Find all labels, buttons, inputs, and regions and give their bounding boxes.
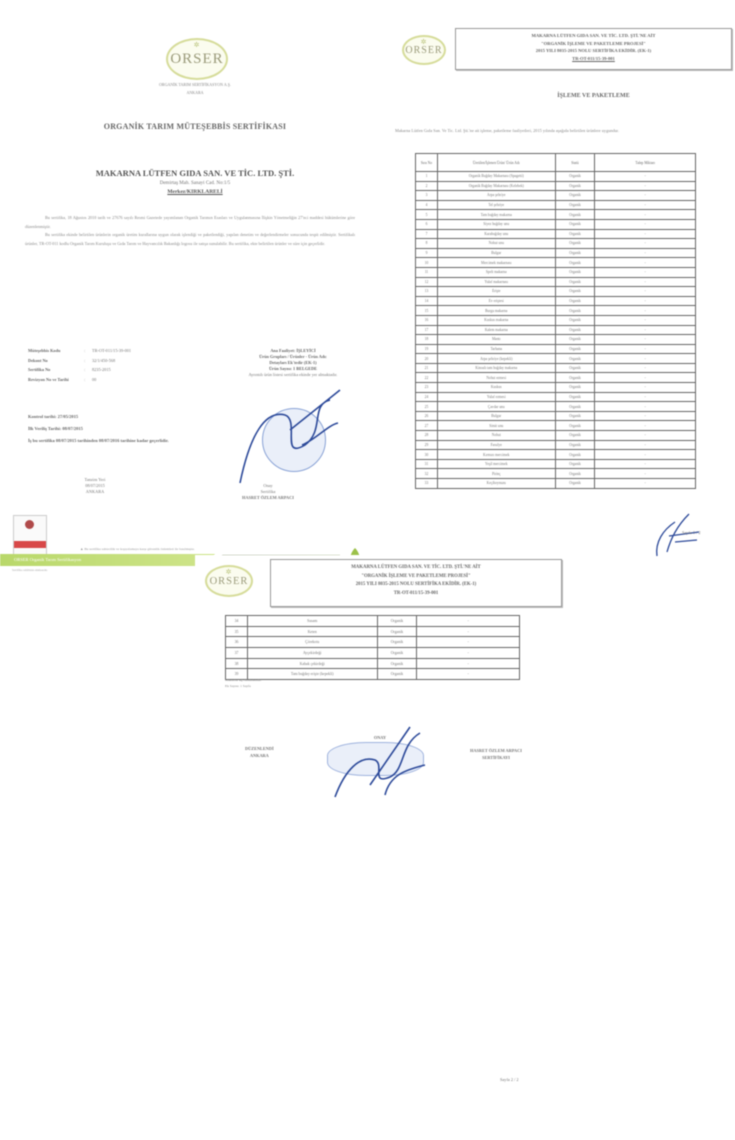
requested-quantity: - xyxy=(417,616,520,627)
product-name: Çavdar unu xyxy=(437,402,555,412)
table-row: 30Kırmızı mercimekOrganik- xyxy=(416,450,696,460)
body-paragraph: Bu sertifika ekinde belirtilen ürünlerin… xyxy=(25,231,355,248)
product-name: Arpa şehriye xyxy=(437,191,555,201)
product-name: Çörekotu xyxy=(247,637,377,648)
product-name: Yeşil mercimek xyxy=(437,459,555,469)
requested-quantity: - xyxy=(595,344,696,354)
table-row: 33KeçiboynuzuOrganik- xyxy=(416,479,696,489)
certificate-fields: Müteşebbis Kodu:TR-OT-011/15-39-001 Deko… xyxy=(28,348,178,386)
product-status: Organik xyxy=(377,616,417,627)
product-name: Organik Buğday Makarnası (Spagetti) xyxy=(437,172,555,182)
table-header-row: Sıra No Üretilen/İşlenen Ürün/ Ürün Adı … xyxy=(416,154,696,172)
product-status: Organik xyxy=(555,248,595,258)
product-name: Tam buğday erişte (kepekli) xyxy=(247,669,377,680)
field-row: Sertifika No:8235-2015 xyxy=(28,367,178,377)
signature-icon xyxy=(330,725,430,800)
row-number: 13 xyxy=(416,287,438,297)
product-status: Organik xyxy=(555,411,595,421)
company-name: MAKARNA LÜTFEN GIDA SAN. VE TİC. LTD. ŞT… xyxy=(30,168,360,178)
product-status: Organik xyxy=(555,431,595,441)
requested-quantity: - xyxy=(595,219,696,229)
requested-quantity: - xyxy=(595,181,696,191)
table-row: 24Yulaf ezmesiOrganik- xyxy=(416,392,696,402)
requested-quantity: - xyxy=(595,287,696,297)
annex-header-box: MAKARNA LÜTFEN GIDA SAN. VE TİC. LTD. ŞT… xyxy=(270,559,562,607)
orser-logo: ✲ ORSER xyxy=(166,38,228,80)
table-row: 5Tam buğday makarnaOrganik- xyxy=(416,210,696,220)
table-row: 35KetenOrganik- xyxy=(226,626,520,637)
requested-quantity: - xyxy=(417,669,520,680)
requested-quantity: - xyxy=(595,440,696,450)
requested-quantity: - xyxy=(595,421,696,431)
requested-quantity: - xyxy=(595,450,696,460)
product-name: Kalem makarna xyxy=(437,325,555,335)
first-issue-date: İlk Veriliş Tarihi: 08/07/2015 xyxy=(28,423,228,435)
row-number: 34 xyxy=(226,616,248,627)
requested-quantity: - xyxy=(595,296,696,306)
row-number: 24 xyxy=(416,392,438,402)
product-status: Organik xyxy=(555,210,595,220)
row-number: 23 xyxy=(416,383,438,393)
table-row: 8Nohut unuOrganik- xyxy=(416,239,696,249)
row-number: 8 xyxy=(416,239,438,249)
row-number: 9 xyxy=(416,248,438,258)
row-number: 33 xyxy=(416,479,438,489)
product-name: Kırmızı mercimek xyxy=(437,450,555,460)
row-number: 4 xyxy=(416,200,438,210)
col-header-quantity: Talep Miktarı xyxy=(595,154,696,172)
row-number: 3 xyxy=(416,191,438,201)
product-status: Organik xyxy=(555,229,595,239)
orser-logo: ✲ ORSER xyxy=(402,35,446,65)
table-row: 29FasulyeOrganik- xyxy=(416,440,696,450)
row-number: 20 xyxy=(416,354,438,364)
copy-note: Sertifika sahibinin nüshasıdır. xyxy=(12,568,48,572)
row-number: 7 xyxy=(416,229,438,239)
row-number: 27 xyxy=(416,421,438,431)
requested-quantity: - xyxy=(595,325,696,335)
product-name: Keten xyxy=(247,626,377,637)
product-status: Organik xyxy=(555,306,595,316)
product-name: Ayçekirdeği xyxy=(247,648,377,659)
requested-quantity: - xyxy=(595,191,696,201)
row-number: 26 xyxy=(416,411,438,421)
product-name: Kuskus makarna xyxy=(437,315,555,325)
product-name: Yulaf ezmesi xyxy=(437,392,555,402)
product-name: Susam xyxy=(247,616,377,627)
product-status: Organik xyxy=(555,181,595,191)
product-name: Kuskus xyxy=(437,383,555,393)
row-number: 22 xyxy=(416,373,438,383)
control-date: Kontrol tarihi: 27/05/2015 xyxy=(28,411,228,423)
annex-footnote: Miktarlar kg cinsindendir. Ek Sayısı: 1 … xyxy=(225,678,261,689)
product-table: Sıra No Üretilen/İşlenen Ürün/ Ürün Adı … xyxy=(415,153,696,489)
annex-header-box: MAKARNA LÜTFEN GIDA SAN. VE TİC. LTD. ŞT… xyxy=(455,28,732,70)
requested-quantity: - xyxy=(595,210,696,220)
product-status: Organik xyxy=(555,172,595,182)
security-warning: ▲ Bu sertifika sahtecilik ve kopyalamaya… xyxy=(80,547,310,551)
product-name: Tel şehriye xyxy=(437,200,555,210)
field-row: Dekont No:32/1/450-568 xyxy=(28,358,178,368)
product-name: Nohut ezmesi xyxy=(437,373,555,383)
table-row: 4Tel şehriyeOrganik- xyxy=(416,200,696,210)
col-header-no: Sıra No xyxy=(416,154,438,172)
product-name: Nohut xyxy=(437,431,555,441)
product-status: Organik xyxy=(555,479,595,489)
product-status: Organik xyxy=(555,267,595,277)
requested-quantity: - xyxy=(595,469,696,479)
table-row: 9BulgurOrganik- xyxy=(416,248,696,258)
table-row: 34SusamOrganik- xyxy=(226,616,520,627)
page-number: Sayfa 2 / 2 xyxy=(500,1077,519,1082)
row-number: 21 xyxy=(416,363,438,373)
section-title: İŞLEME VE PAKETLEME xyxy=(455,93,732,99)
product-name: Burgu makarna xyxy=(437,306,555,316)
product-status: Organik xyxy=(555,363,595,373)
product-status: Organik xyxy=(555,354,595,364)
product-status: Organik xyxy=(555,450,595,460)
product-name: Spelt makarna xyxy=(437,267,555,277)
requested-quantity: - xyxy=(595,459,696,469)
field-row: Revizyon No ve Tarihi:00 xyxy=(28,377,178,387)
product-name: Bulgur xyxy=(437,411,555,421)
row-number: 29 xyxy=(416,440,438,450)
product-name: Siyez buğday unu xyxy=(437,219,555,229)
product-status: Organik xyxy=(555,440,595,450)
table-row: 11Spelt makarnaOrganik- xyxy=(416,267,696,277)
product-name: Tarhana xyxy=(437,344,555,354)
company-address: Demirtaş Mah. Sanayi Cad. No:1/5 xyxy=(30,181,360,186)
org-city: ANKARA xyxy=(100,90,290,95)
product-status: Organik xyxy=(377,637,417,648)
row-number: 19 xyxy=(416,344,438,354)
row-number: 10 xyxy=(416,258,438,268)
row-number: 35 xyxy=(226,626,248,637)
product-status: Organik xyxy=(555,296,595,306)
company-city: Merkez/KIRKLARELİ xyxy=(30,189,360,195)
sprig-icon: ✲ xyxy=(194,41,201,49)
product-name: Nohut unu xyxy=(437,239,555,249)
product-name: Mercimek makarnası xyxy=(437,258,555,268)
product-name: Mantı xyxy=(437,335,555,345)
requested-quantity: - xyxy=(595,306,696,316)
row-number: 30 xyxy=(416,450,438,460)
requested-quantity: - xyxy=(595,354,696,364)
row-number: 17 xyxy=(416,325,438,335)
row-number: 28 xyxy=(416,431,438,441)
col-header-product: Üretilen/İşlenen Ürün/ Ürün Adı xyxy=(437,154,555,172)
requested-quantity: - xyxy=(417,658,520,669)
certificate-title: ORGANİK TARIM MÜTEŞEBBİS SERTİFİKASI xyxy=(40,122,350,131)
row-number: 38 xyxy=(226,658,248,669)
table-row: 36ÇörekotuOrganik- xyxy=(226,637,520,648)
row-number: 1 xyxy=(416,172,438,182)
product-status: Organik xyxy=(555,373,595,383)
validity-period: İş bu sertifika 08/07/2015 tarihinden 08… xyxy=(28,435,228,447)
requested-quantity: - xyxy=(595,229,696,239)
table-row: 14Ev eriştesiOrganik- xyxy=(416,296,696,306)
annex-page-2: ✲ ORSER MAKARNA LÜTFEN GIDA SAN. VE TİC.… xyxy=(195,555,565,1135)
requested-quantity: - xyxy=(595,373,696,383)
table-row: 15Burgu makarnaOrganik- xyxy=(416,306,696,316)
product-status: Organik xyxy=(555,421,595,431)
row-number: 11 xyxy=(416,267,438,277)
product-table-continued: 34SusamOrganik-35KetenOrganik-36Çörekotu… xyxy=(225,615,520,680)
table-row: 27Simit unuOrganik- xyxy=(416,421,696,431)
table-row: 6Siyez buğday unuOrganik- xyxy=(416,219,696,229)
product-name: Simit unu xyxy=(437,421,555,431)
product-status: Organik xyxy=(555,219,595,229)
product-status: Organik xyxy=(377,626,417,637)
product-status: Organik xyxy=(555,459,595,469)
table-row: 1Organik Buğday Makarnası (Spagetti)Orga… xyxy=(416,172,696,182)
table-row: 20Arpa şehriye (kepekli)Organik- xyxy=(416,354,696,364)
signer-block: Onay Sertifika HASRET ÖZLEM ARPACI xyxy=(228,483,308,501)
row-number: 5 xyxy=(416,210,438,220)
table-row: 32PirinçOrganik- xyxy=(416,469,696,479)
table-row: 3Arpa şehriyeOrganik- xyxy=(416,191,696,201)
row-number: 14 xyxy=(416,296,438,306)
table-row: 10Mercimek makarnasıOrganik- xyxy=(416,258,696,268)
requested-quantity: - xyxy=(595,383,696,393)
field-row: Müteşebbis Kodu:TR-OT-011/15-39-001 xyxy=(28,348,178,358)
table-row: 23KuskusOrganik- xyxy=(416,383,696,393)
page-number: Sayfa 1 / 2 xyxy=(682,530,701,535)
requested-quantity: - xyxy=(417,637,520,648)
table-row: 12Yulaf makarnasıOrganik- xyxy=(416,277,696,287)
requested-quantity: - xyxy=(595,258,696,268)
product-name: Arpa şehriye (kepekli) xyxy=(437,354,555,364)
product-name: Kinoalı tam buğday makarna xyxy=(437,363,555,373)
table-row: 38Kabak çekirdeğiOrganik- xyxy=(226,658,520,669)
table-row: 13ErişteOrganik- xyxy=(416,287,696,297)
product-status: Organik xyxy=(555,287,595,297)
table-row: 2Organik Buğday Makarnası (Kelebek)Organ… xyxy=(416,181,696,191)
annex-intro: Makarna Lütfen Gıda San. Ve Tic. Ltd. Şt… xyxy=(395,127,715,134)
product-name: Tam buğday makarna xyxy=(437,210,555,220)
product-name: Organik Buğday Makarnası (Kelebek) xyxy=(437,181,555,191)
product-status: Organik xyxy=(555,191,595,201)
table-row: 21Kinoalı tam buğday makarnaOrganik- xyxy=(416,363,696,373)
product-name: Karabuğday unu xyxy=(437,229,555,239)
table-row: 37AyçekirdeğiOrganik- xyxy=(226,648,520,659)
table-row: 18MantıOrganik- xyxy=(416,335,696,345)
annex-page-1: ✲ ORSER MAKARNA LÜTFEN GIDA SAN. VE TİC.… xyxy=(395,25,735,560)
row-number: 15 xyxy=(416,306,438,316)
table-row: 25Çavdar unuOrganik- xyxy=(416,402,696,412)
row-number: 12 xyxy=(416,277,438,287)
signature-icon xyxy=(230,375,350,485)
product-status: Organik xyxy=(555,325,595,335)
product-status: Organik xyxy=(555,315,595,325)
table-row: 26BulgurOrganik- xyxy=(416,411,696,421)
requested-quantity: - xyxy=(595,335,696,345)
product-status: Organik xyxy=(377,658,417,669)
issued-block: DÜZENLENDİ ANKARA xyxy=(245,745,274,759)
table-row: 22Nohut ezmesiOrganik- xyxy=(416,373,696,383)
certificate-body: Bu sertifika, 18 Ağustos 2010 tarih ve 2… xyxy=(25,214,355,248)
requested-quantity: - xyxy=(595,277,696,287)
requested-quantity: - xyxy=(417,648,520,659)
product-name: Bulgur xyxy=(437,248,555,258)
table-row: 31Yeşil mercimekOrganik- xyxy=(416,459,696,469)
requested-quantity: - xyxy=(595,431,696,441)
row-number: 6 xyxy=(416,219,438,229)
row-number: 32 xyxy=(416,469,438,479)
requested-quantity: - xyxy=(595,392,696,402)
requested-quantity: - xyxy=(595,411,696,421)
product-name: Erişte xyxy=(437,287,555,297)
requested-quantity: - xyxy=(595,200,696,210)
product-status: Organik xyxy=(555,277,595,287)
product-status: Organik xyxy=(555,392,595,402)
product-status: Organik xyxy=(555,469,595,479)
sprig-icon: ✲ xyxy=(226,568,233,576)
table-row: 7Karabuğday unuOrganik- xyxy=(416,229,696,239)
requested-quantity: - xyxy=(595,402,696,412)
table-row: 19TarhanaOrganik- xyxy=(416,344,696,354)
org-name: ORGANİK TARIM SERTİFİKASYON A.Ş. xyxy=(100,82,290,87)
product-name: Yulaf makarnası xyxy=(437,277,555,287)
row-number: 2 xyxy=(416,181,438,191)
product-status: Organik xyxy=(555,344,595,354)
row-number: 37 xyxy=(226,648,248,659)
table-row: 39Tam buğday erişte (kepekli)Organik- xyxy=(226,669,520,680)
requested-quantity: - xyxy=(595,267,696,277)
requested-quantity: - xyxy=(595,248,696,258)
product-status: Organik xyxy=(555,239,595,249)
row-number: 36 xyxy=(226,637,248,648)
row-number: 31 xyxy=(416,459,438,469)
certificate-dates: Kontrol tarihi: 27/05/2015 İlk Veriliş T… xyxy=(28,411,228,447)
product-status: Organik xyxy=(555,200,595,210)
product-status: Organik xyxy=(377,648,417,659)
col-header-status: Statü xyxy=(555,154,595,172)
table-row: 28NohutOrganik- xyxy=(416,431,696,441)
accreditation-badge-icon xyxy=(13,515,47,555)
product-status: Organik xyxy=(555,335,595,345)
activity-summary: Ana Faaliyet: İŞLEYİCİ Ürün Grupları / Ü… xyxy=(228,348,358,378)
product-name: Fasulye xyxy=(437,440,555,450)
product-name: Ev eriştesi xyxy=(437,296,555,306)
product-status: Organik xyxy=(555,402,595,412)
requested-quantity: - xyxy=(595,239,696,249)
table-row: 16Kuskus makarnaOrganik- xyxy=(416,315,696,325)
product-name: Keçiboynuzu xyxy=(437,479,555,489)
requested-quantity: - xyxy=(595,172,696,182)
table-row: 17Kalem makarnaOrganik- xyxy=(416,325,696,335)
product-status: Organik xyxy=(555,383,595,393)
product-name: Kabak çekirdeği xyxy=(247,658,377,669)
product-status: Organik xyxy=(377,669,417,680)
footer-contact: ORSER Organik Tarım Sertifikasyon xyxy=(0,554,215,566)
requested-quantity: - xyxy=(595,479,696,489)
row-number: 16 xyxy=(416,315,438,325)
issue-place: Tanzim Yeri 08/07/2015 ANKARA xyxy=(70,477,120,495)
sprig-icon: ✲ xyxy=(421,38,428,46)
row-number: 18 xyxy=(416,335,438,345)
product-name: Pirinç xyxy=(437,469,555,479)
row-number: 25 xyxy=(416,402,438,412)
signer-block: HASRET ÖZLEM ARPACI SERTİFİKAYI xyxy=(461,747,531,761)
requested-quantity: - xyxy=(595,363,696,373)
certificate-page: ✲ ORSER ORGANİK TARIM SERTİFİKASYON A.Ş.… xyxy=(0,30,380,558)
requested-quantity: - xyxy=(417,626,520,637)
body-paragraph: Bu sertifika, 18 Ağustos 2010 tarih ve 2… xyxy=(25,214,355,231)
orser-logo: ✲ ORSER xyxy=(205,565,253,597)
product-status: Organik xyxy=(555,258,595,268)
requested-quantity: - xyxy=(595,315,696,325)
